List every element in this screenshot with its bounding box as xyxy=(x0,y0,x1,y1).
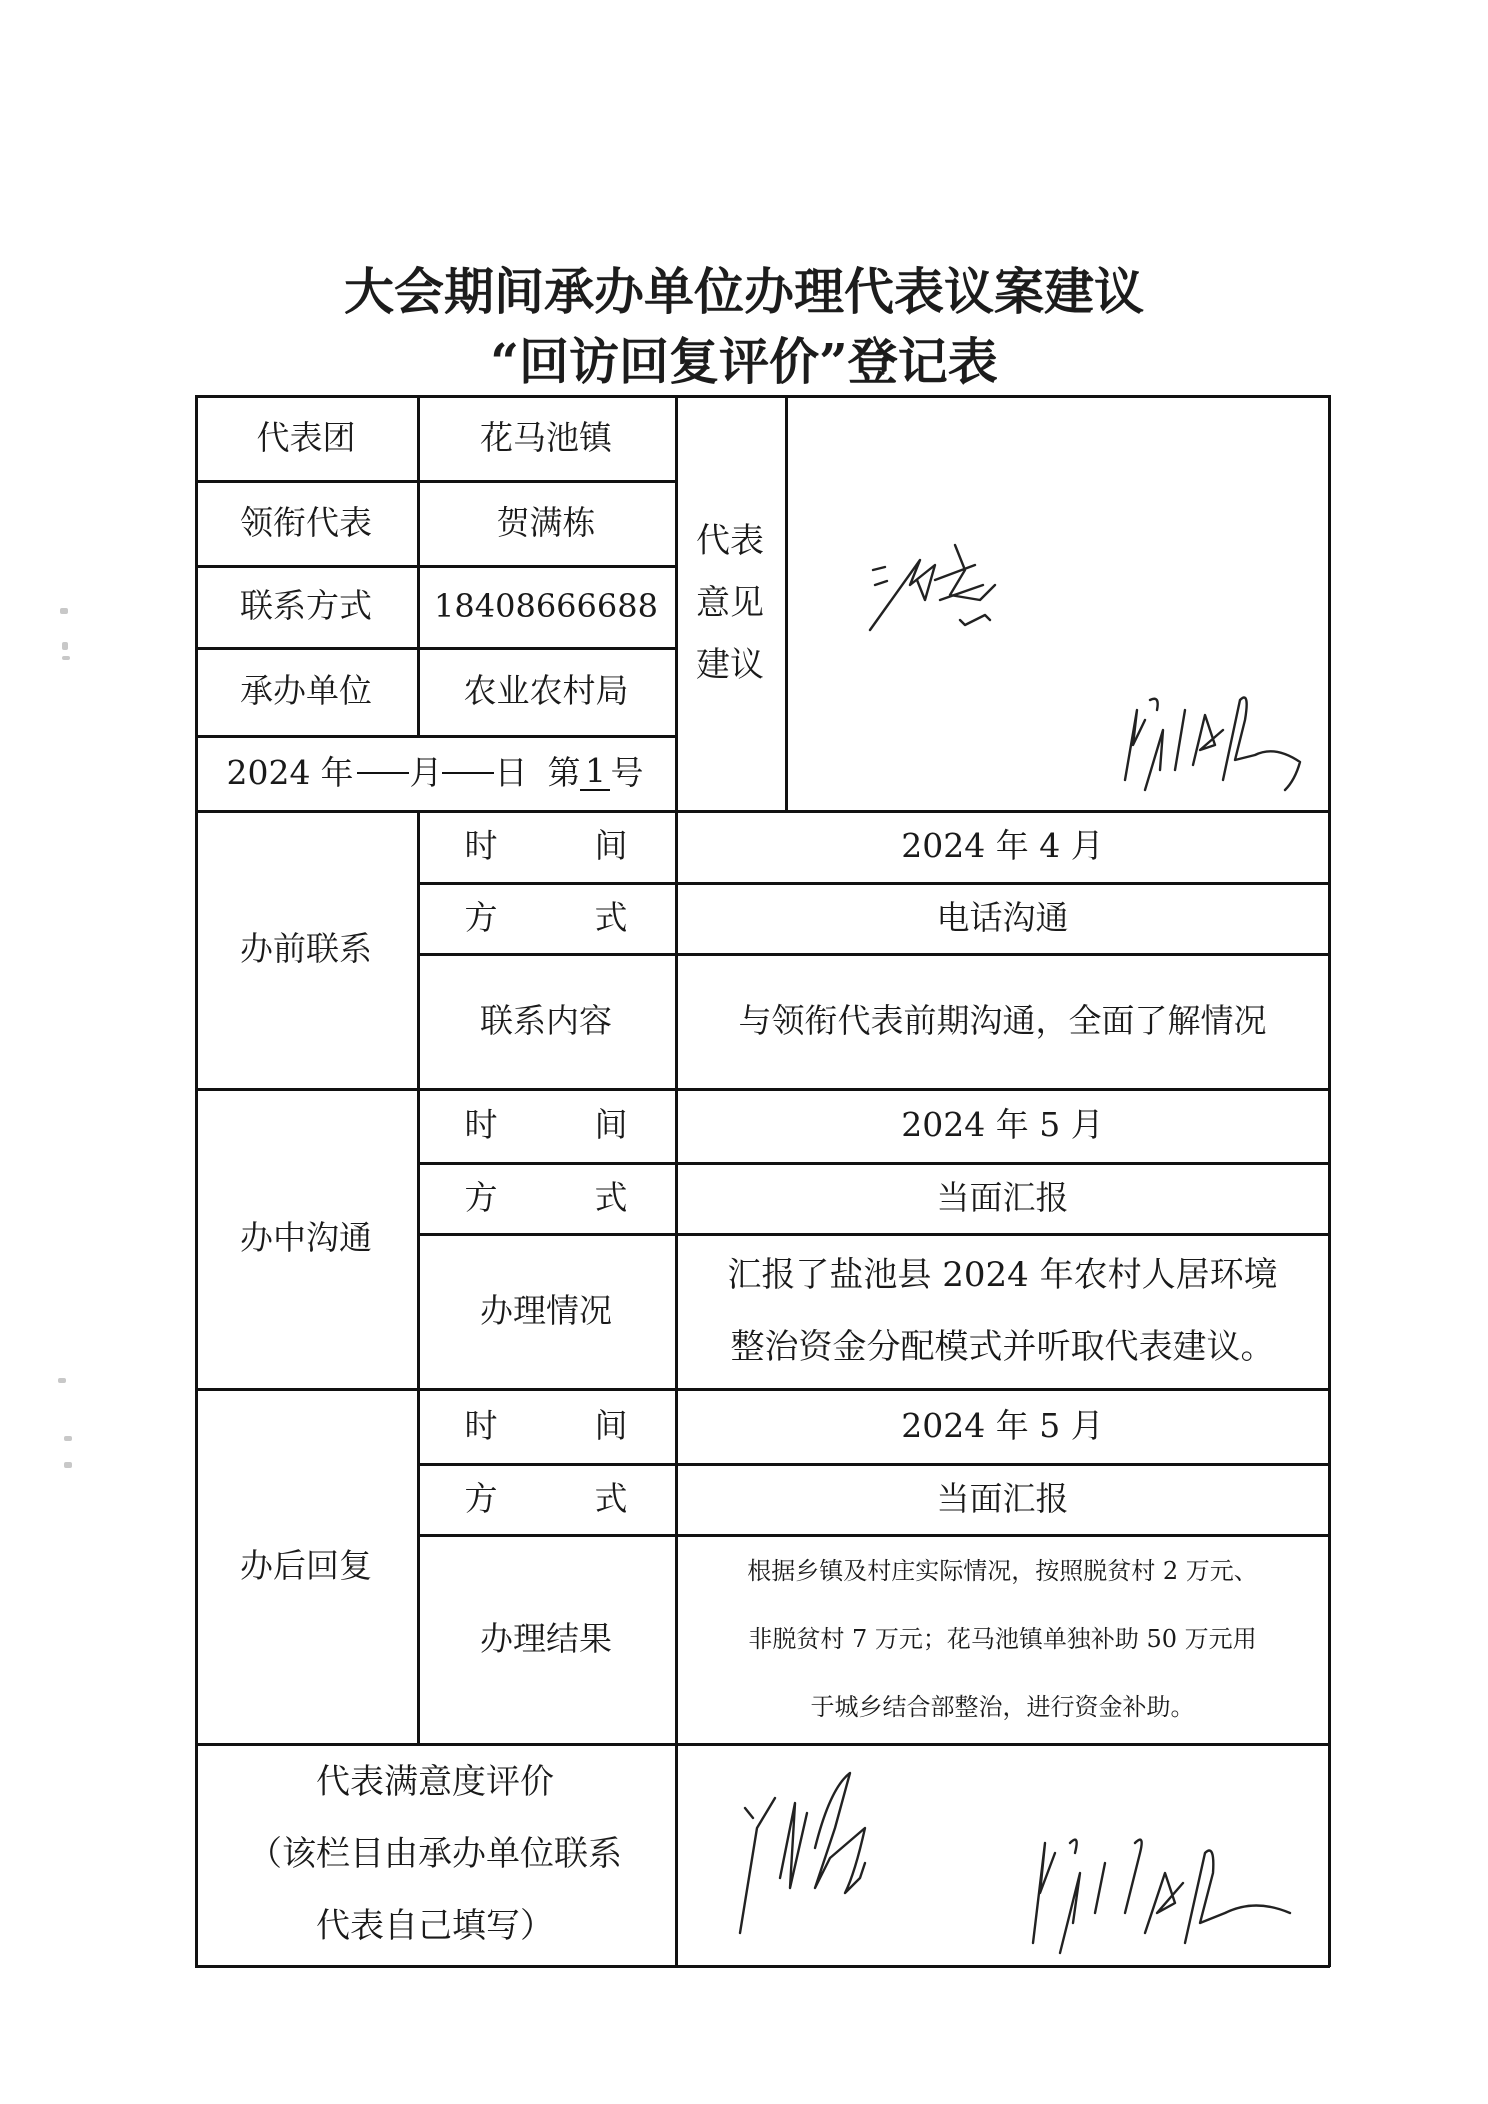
document-title-line1: 大会期间承办单位办理代表议案建议 xyxy=(0,252,1488,324)
opinion-label: 代表 意见 建议 xyxy=(675,395,785,810)
field-value-contact: 18408666688 xyxy=(417,565,675,647)
number-suffix: 号 xyxy=(610,753,643,793)
satisfaction-label-line: 代表满意度评价 xyxy=(316,1746,554,1818)
date-day-blank xyxy=(442,772,494,774)
date-year: 2024 xyxy=(227,753,311,793)
stage3-result-value: 根据乡镇及村庄实际情况，按照脱贫村 2 万元、 非脱贫村 7 万元；花马池镇单独… xyxy=(675,1534,1330,1743)
stage3-method-label: 方 式 xyxy=(417,1463,675,1534)
stage3-result-label: 办理结果 xyxy=(417,1534,675,1743)
document-title-line2: “回访回复评价”登记表 xyxy=(0,322,1488,394)
satisfaction-label-line: （该栏目由承办单位联系 xyxy=(248,1818,622,1890)
date-month-blank xyxy=(357,772,409,774)
date-year-suffix: 年 xyxy=(320,753,353,793)
stage3-result-line: 根据乡镇及村庄实际情况，按照脱贫村 2 万元、 xyxy=(747,1537,1258,1605)
opinion-label-line: 意见 xyxy=(696,572,764,634)
stage-before-handling: 办前联系 xyxy=(195,810,417,1088)
stage2-time-label: 时 间 xyxy=(417,1088,675,1162)
stage-after-handling: 办后回复 xyxy=(195,1388,417,1743)
stage2-status-line: 汇报了盐池县 2024 年农村人居环境 xyxy=(727,1239,1277,1311)
date-month-suffix: 月 xyxy=(409,753,442,793)
stage1-content-value: 与领衔代表前期沟通，全面了解情况 xyxy=(675,953,1330,1088)
stage2-status-value: 汇报了盐池县 2024 年农村人居环境 整治资金分配模式并听取代表建议。 xyxy=(675,1233,1330,1388)
field-label-lead-representative: 领衔代表 xyxy=(195,480,417,565)
stage1-time-label: 时 间 xyxy=(417,810,675,882)
stage1-method-label: 方 式 xyxy=(417,882,675,953)
field-value-delegation: 花马池镇 xyxy=(417,395,675,480)
satisfaction-label-line: 代表自己填写） xyxy=(316,1890,554,1962)
stage3-method-value: 当面汇报 xyxy=(675,1463,1330,1534)
registration-form-table: 代表团 花马池镇 领衔代表 贺满栋 联系方式 18408666688 承办单位 … xyxy=(195,395,1330,1967)
date-day-suffix: 日 xyxy=(494,753,527,793)
stage3-result-line: 非脱贫村 7 万元；花马池镇单独补助 50 万元用 xyxy=(748,1605,1256,1673)
signature-icon xyxy=(1025,1803,1295,1963)
opinion-handwriting-area xyxy=(785,395,1330,810)
field-value-lead-representative: 贺满栋 xyxy=(417,480,675,565)
field-value-handling-unit: 农业农村局 xyxy=(417,647,675,735)
stage3-time-value: 2024 年 5 月 xyxy=(675,1388,1330,1463)
stage1-method-value: 电话沟通 xyxy=(675,882,1330,953)
opinion-label-line: 代表 xyxy=(696,510,764,572)
scan-mark xyxy=(62,656,70,660)
stage2-method-value: 当面汇报 xyxy=(675,1162,1330,1233)
stage2-method-label: 方 式 xyxy=(417,1162,675,1233)
stage1-time-value: 2024 年 4 月 xyxy=(675,810,1330,882)
number-prefix: 第 xyxy=(547,753,580,793)
field-label-delegation: 代表团 xyxy=(195,395,417,480)
scan-mark xyxy=(62,642,68,650)
record-number: 1 xyxy=(580,754,610,791)
stage2-time-value: 2024 年 5 月 xyxy=(675,1088,1330,1162)
stage3-result-line: 于城乡结合部整治，进行资金补助。 xyxy=(811,1673,1195,1741)
signature-icon xyxy=(1115,690,1305,800)
handwritten-satisfied-icon xyxy=(735,1768,945,1938)
handwritten-satisfied-icon xyxy=(865,525,1015,635)
satisfaction-handwriting-area xyxy=(675,1743,1330,1965)
scan-mark xyxy=(64,1462,72,1468)
scan-mark xyxy=(64,1436,72,1441)
stage1-content-label: 联系内容 xyxy=(417,953,675,1088)
scan-mark xyxy=(60,608,68,614)
stage-during-handling: 办中沟通 xyxy=(195,1088,417,1388)
scan-mark xyxy=(58,1378,66,1383)
opinion-label-line: 建议 xyxy=(696,634,764,696)
field-label-handling-unit: 承办单位 xyxy=(195,647,417,735)
stage3-time-label: 时 间 xyxy=(417,1388,675,1463)
satisfaction-label: 代表满意度评价 （该栏目由承办单位联系 代表自己填写） xyxy=(195,1743,675,1965)
date-number-row: 2024 年 月 日 第 1 号 xyxy=(195,735,675,810)
stage2-status-line: 整治资金分配模式并听取代表建议。 xyxy=(731,1311,1275,1383)
field-label-contact: 联系方式 xyxy=(195,565,417,647)
stage2-status-label: 办理情况 xyxy=(417,1233,675,1388)
